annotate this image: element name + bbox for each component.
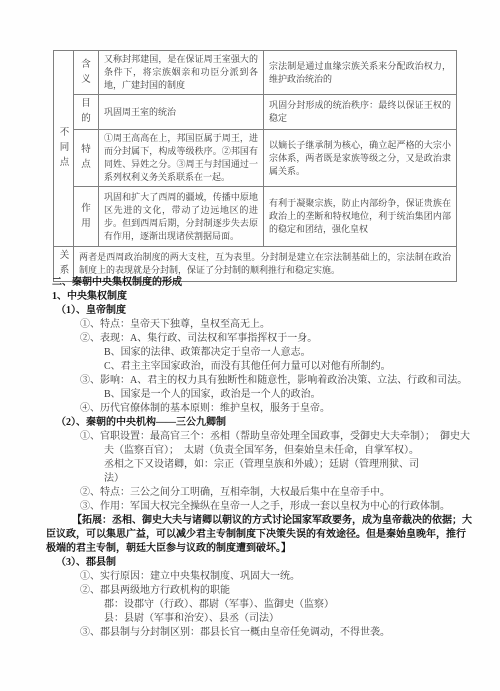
content-line: ③、作用：军国大权完全操纵在皇帝一人之手，形成一套以皇权为中心的行政体制。 <box>80 500 500 514</box>
row-label: 作用 <box>81 202 92 232</box>
content-line: 1、中央集权制度 <box>52 290 500 304</box>
row-label-cell: 特点 <box>74 130 99 187</box>
content-line: （2）、秦朝的中央机构——三公九卿制 <box>56 416 500 430</box>
content-line: 郡：设郡守（行政）、郡尉（军事）、监御史（监察） <box>104 598 500 612</box>
row-label: 含义 <box>81 58 92 88</box>
row-label: 目的 <box>81 97 92 127</box>
content-line: ①、特点：皇帝天下独尊，皇权至高无上。 <box>80 318 500 332</box>
group-label: 不同点 <box>59 126 70 171</box>
content-line: ①、实行原因：建立中央集权制度、巩固大一统。 <box>80 570 500 584</box>
cell-fengjian-mudi: 巩固周王室的统治 <box>99 95 264 130</box>
content-line: ③、影响：A、君主的权力具有独断性和随意性，影响着政治决策、立法、行政和司法。 <box>80 374 500 388</box>
content-line: 夫（监察百官）； 太尉（负责全国军务，但秦始皇未任命，自掌军权）。 <box>104 444 500 458</box>
content-line: ②、表现：A、集行政、司法权和军事指挥权于一身。 <box>80 332 500 346</box>
content-line: ③、郡县制与分封制区别：郡县长官一概由皇帝任免调动，不得世袭。 <box>80 626 500 640</box>
row-label-cell: 含义 <box>74 51 99 95</box>
content-line: C、君主主宰国家政治，而没有其他任何力量可以对他有所制约。 <box>104 360 500 374</box>
row-label-cell: 目的 <box>74 95 99 130</box>
content-line: 县：县尉（军事和治安）、县丞（司法） <box>104 612 500 626</box>
content-line: 丞相之下又设诸卿，如：宗正（管理皇族和外戚）；廷尉（管理刑狱、司 <box>104 458 500 472</box>
content-line: ①、官职设置：最高官三个：丞相（帮助皇帝处理全国政事，受御史大夫牵制）； 御史大 <box>80 430 500 444</box>
relation-label: 关系 <box>59 249 70 279</box>
table-row: 不同点 含义 又称封邦建国，是在保证周王室强大的条件下，将宗族姻亲和功臣分派到各… <box>54 51 457 95</box>
notes-content: 二、秦朝中央集权制度的形成 1、中央集权制度 （1）、皇帝制度 ①、特点：皇帝天… <box>0 276 500 640</box>
content-line: （3）、郡县制 <box>56 556 500 570</box>
content-line: B、国家是一个人的国家，政治是一个人的政治。 <box>104 388 500 402</box>
content-line: 臣议政，可以集思广益，可以减少君主专制制度下决策失误的有效途径。但是秦始皇晚年，… <box>46 528 500 542</box>
cell-fengjian-tedian: ①周王高高在上，邦国臣属于周王，进而分封属下，构成等级秩序。②邦国有同姓、异姓之… <box>99 130 264 187</box>
row-group-label-cell: 不同点 <box>54 51 74 247</box>
content-line: 二、秦朝中央集权制度的形成 <box>52 276 500 290</box>
content-line: 【拓展：丞相、御史大夫与诸卿以朝议的方式讨论国家军政要务，成为皇帝裁决的依据；大 <box>72 514 500 528</box>
table-row: 特点 ①周王高高在上，邦国臣属于周王，进而分封属下，构成等级秩序。②邦国有同姓、… <box>54 130 457 187</box>
row-label: 特点 <box>81 143 92 173</box>
cell-zongfa-zuoyong: 有利于凝聚宗族，防止内部纷争，保证贵族在政治上的垄断和特权地位，利于统治集团内部… <box>264 187 457 247</box>
content-line: ④、历代官僚体制的基本原则：维护皇权，服务于皇帝。 <box>80 402 500 416</box>
content-line: ②、特点：三公之间分工明确，互相牵制，大权最后集中在皇帝手中。 <box>80 486 500 500</box>
row-label-cell: 作用 <box>74 187 99 247</box>
comparison-table: 不同点 含义 又称封邦建国，是在保证周王室强大的条件下，将宗族姻亲和功臣分派到各… <box>53 50 457 282</box>
content-line: ②、郡县两级地方行政机构的职能 <box>80 584 500 598</box>
content-line: 极端的君主专制，朝廷大臣参与议政的制度遭到破坏。】 <box>46 542 500 556</box>
table-row: 作用 巩固和扩大了西周的疆域，传播中原地区先进的文化，带动了边远地区的进步。但到… <box>54 187 457 247</box>
table-row: 目的 巩固周王室的统治 巩固分封形成的统治秩序：最终以保证王权的稳定 <box>54 95 457 130</box>
content-line: （1）、皇帝制度 <box>56 304 500 318</box>
cell-fengjian-zuoyong: 巩固和扩大了西周的疆域，传播中原地区先进的文化，带动了边远地区的进步。但到西周后… <box>99 187 264 247</box>
cell-fengjian-hanyi: 又称封邦建国，是在保证周王室强大的条件下，将宗族姻亲和功臣分派到各地，广建封国的… <box>99 51 264 95</box>
cell-zongfa-tedian: 以嫡长子继承制为核心，确立起严格的大宗小宗体系，两者既是家族等级之分，又是政治隶… <box>264 130 457 187</box>
content-line: 法） <box>104 472 500 486</box>
document-page: 不同点 含义 又称封邦建国，是在保证周王室强大的条件下，将宗族姻亲和功臣分派到各… <box>0 0 500 691</box>
cell-zongfa-mudi: 巩固分封形成的统治秩序：最终以保证王权的稳定 <box>264 95 457 130</box>
cell-zongfa-hanyi: 宗法制是通过血缘宗族关系来分配政治权力，维护政治统治的 <box>264 51 457 95</box>
content-line: B、国家的法律、政策都决定于皇帝一人意志。 <box>104 346 500 360</box>
